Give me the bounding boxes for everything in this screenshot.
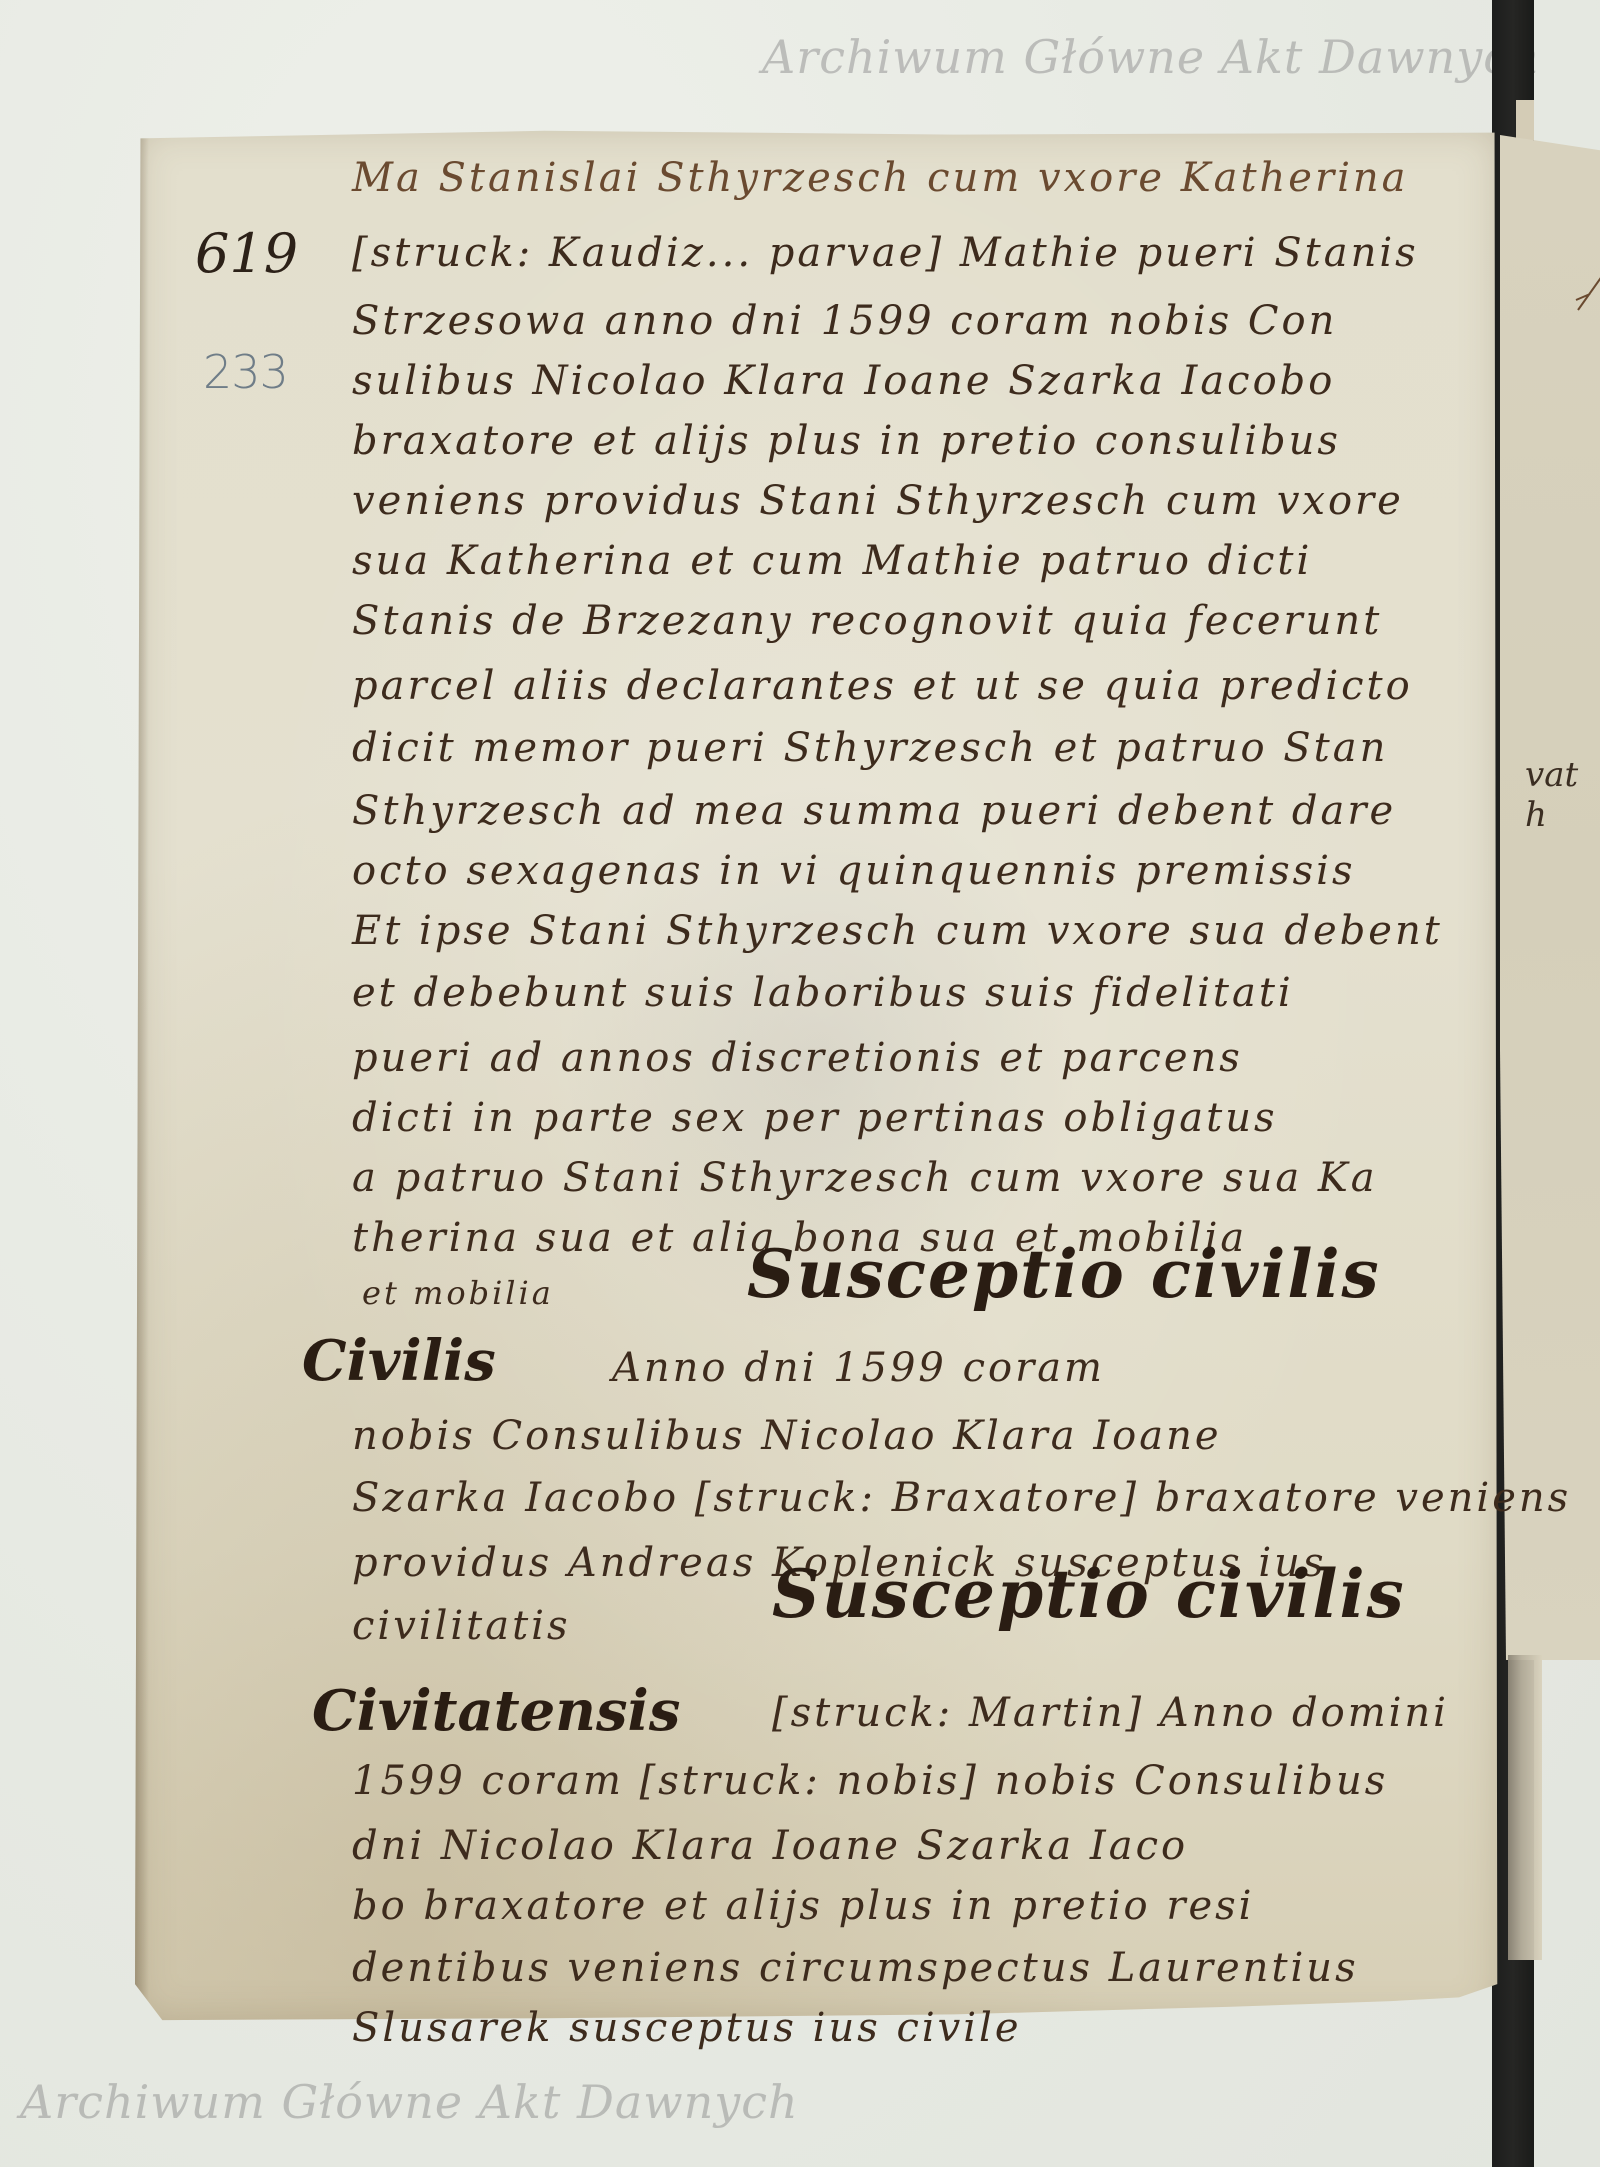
ms-line: nobis Consulibus Nicolao Klara Ioane (352, 1408, 1222, 1464)
binding-tape-upper (1516, 100, 1534, 140)
ms-line: bo braxatore et alijs plus in pretio res… (352, 1878, 1254, 1934)
ms-line: dicti in parte sex per pertinas obligatu… (352, 1090, 1277, 1146)
folio-number: 619 (195, 222, 298, 285)
ms-line: et mobilia (362, 1265, 554, 1321)
ms-line: Strzesowa anno dni 1599 coram nobis Con (352, 293, 1337, 349)
ms-line: braxatore et alijs plus in pretio consul… (352, 413, 1341, 469)
ms-line: veniens providus Stani Sthyrzesch cum vx… (352, 473, 1404, 529)
ms-line: parcel aliis declarantes et ut se quia p… (352, 658, 1413, 714)
ms-line: Anno dni 1599 coram (612, 1340, 1105, 1396)
adjacent-leaf-fragment-2: h (1525, 795, 1578, 835)
heading-susceptio-civilis-1: Susceptio civilis (747, 1235, 1381, 1313)
ms-line: Sthyrzesch ad mea summa pueri debent dar… (352, 783, 1396, 839)
ms-line: pueri ad annos discretionis et parcens (352, 1030, 1243, 1086)
ms-line: sua Katherina et cum Mathie patruo dicti (352, 533, 1312, 589)
ms-line: dicit memor pueri Sthyrzesch et patruo S… (352, 720, 1388, 776)
ms-line: [struck: Kaudiz... parvae] Mathie pueri … (352, 225, 1419, 281)
ink-stroke-icon (1570, 270, 1600, 330)
binding-tape-lower (1508, 1655, 1542, 1960)
section-label-civitatensis: Civitatensis (312, 1678, 680, 1744)
ms-line: Szarka Iacobo [struck: Braxatore] braxat… (352, 1470, 1571, 1526)
ms-line: Ma Stanislai Sthyrzesch cum vxore Kather… (352, 150, 1409, 206)
adjacent-leaf (1500, 135, 1600, 1660)
ms-line: et debebunt suis laboribus suis fidelita… (352, 965, 1294, 1021)
ms-line: Slusarek susceptus ius civile (352, 2000, 1022, 2056)
section-label-civilis: Civilis (302, 1328, 496, 1394)
watermark-top: Archiwum Główne Akt Dawnych (762, 30, 1541, 84)
watermark-bottom: Archiwum Główne Akt Dawnych (20, 2075, 799, 2129)
ms-line: a patruo Stani Sthyrzesch cum vxore sua … (352, 1150, 1378, 1206)
ms-line: civilitatis (352, 1598, 571, 1654)
adjacent-leaf-fragment-1: vat (1525, 755, 1578, 795)
ms-line: octo sexagenas in vi quinquennis premiss… (352, 843, 1355, 899)
ms-line: Et ipse Stani Sthyrzesch cum vxore sua d… (352, 903, 1443, 959)
ms-line: sulibus Nicolao Klara Ioane Szarka Iacob… (352, 353, 1335, 409)
ms-line: [struck: Martin] Anno domini (772, 1685, 1449, 1741)
ms-line: Stanis de Brzezany recognovit quia fecer… (352, 593, 1382, 649)
adjacent-leaf-text: vat h (1525, 755, 1578, 835)
heading-susceptio-civilis-2: Susceptio civilis (772, 1555, 1406, 1633)
archive-pencil-number: 233 (203, 345, 288, 399)
ms-line: 1599 coram [struck: nobis] nobis Consuli… (352, 1753, 1388, 1809)
ms-line: dentibus veniens circumspectus Laurentiu… (352, 1940, 1359, 1996)
ms-line: dni Nicolao Klara Ioane Szarka Iaco (352, 1818, 1188, 1874)
